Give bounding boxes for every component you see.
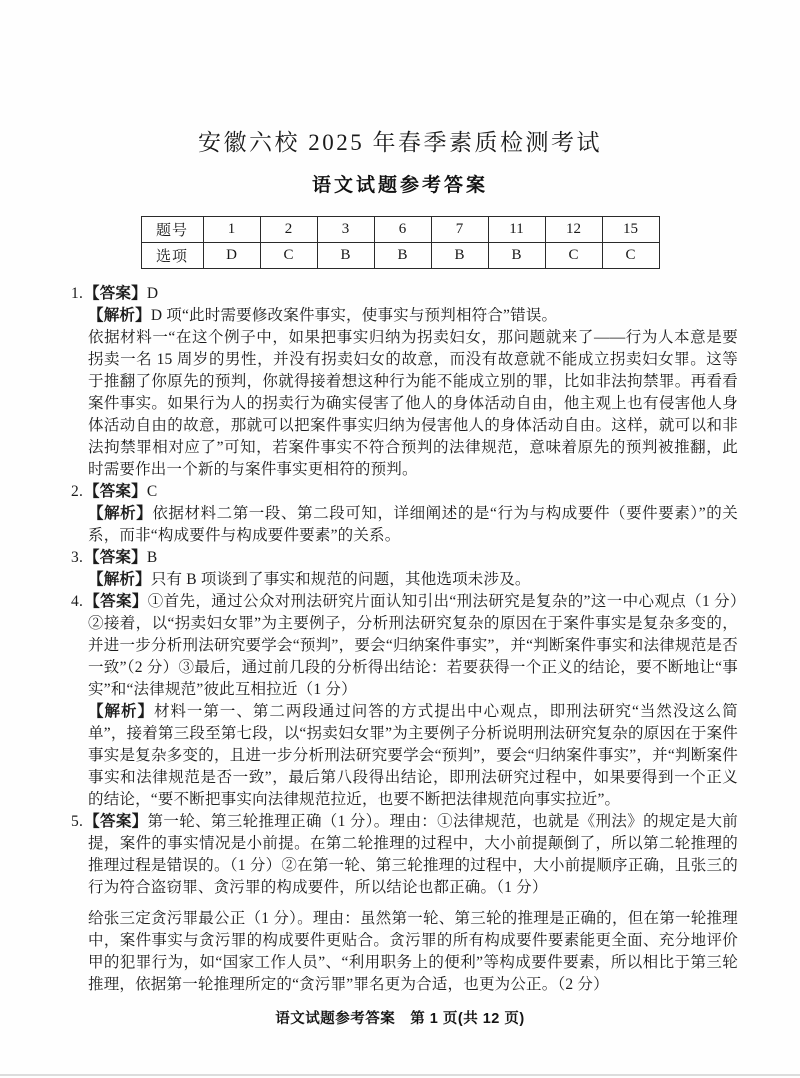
item-number: 2. bbox=[71, 483, 84, 500]
table-row-question-numbers: 题号 1 2 3 6 7 11 12 15 bbox=[141, 217, 659, 243]
explanation-label: 【解析】 bbox=[88, 703, 154, 720]
answer-item-4: 4.【答案】①首先，通过公众对刑法研究片面认知引出“刑法研究是复杂的”这一中心观… bbox=[71, 591, 738, 811]
explanation-paragraph: 【解析】只有 B 项谈到了事实和规范的问题，其他选项未涉及。 bbox=[71, 569, 738, 591]
explanation-label: 【解析】 bbox=[88, 307, 151, 324]
table-cell-qnum: 7 bbox=[431, 217, 488, 243]
explanation-label: 【解析】 bbox=[88, 505, 152, 522]
answer-line: 2.【答案】C bbox=[71, 481, 738, 503]
item-number: 4. bbox=[71, 593, 84, 610]
table-cell-qnum: 11 bbox=[488, 217, 545, 243]
table-cell-qnum: 6 bbox=[374, 217, 431, 243]
answer-item-2: 2.【答案】C 【解析】依据材料二第一段、第二段可知，详细阐述的是“行为与构成要… bbox=[71, 481, 738, 547]
answer-label: 【答案】 bbox=[84, 593, 148, 610]
explanation-paragraph: 给张三定贪污罪最公正（1 分）。理由：虽然第一轮、第三轮的推理是正确的，但在第一… bbox=[71, 908, 738, 996]
table-cell-option: C bbox=[602, 243, 659, 269]
answer-line: 4.【答案】①首先，通过公众对刑法研究片面认知引出“刑法研究是复杂的”这一中心观… bbox=[71, 591, 738, 701]
answer-text: 第一轮、第三轮推理正确（1 分）。理由：①法律规范，也就是《刑法》的规定是大前提… bbox=[88, 813, 738, 896]
answer-item-3: 3.【答案】B 【解析】只有 B 项谈到了事实和规范的问题，其他选项未涉及。 bbox=[71, 547, 738, 591]
table-cell-qnum: 3 bbox=[317, 217, 374, 243]
answer-key-table: 题号 1 2 3 6 7 11 12 15 选项 D C B B B B C C bbox=[141, 216, 660, 269]
table-cell-option: B bbox=[317, 243, 374, 269]
table-cell-qnum: 12 bbox=[545, 217, 602, 243]
explanation-paragraph: 依据材料一“在这个例子中，如果把事实归纳为拐卖妇女，那问题就来了——行为人本意是… bbox=[71, 327, 738, 481]
table-cell-qnum: 1 bbox=[203, 217, 260, 243]
table-cell-option: B bbox=[431, 243, 488, 269]
answer-line: 5.【答案】第一轮、第三轮推理正确（1 分）。理由：①法律规范，也就是《刑法》的… bbox=[71, 811, 738, 899]
answer-text: C bbox=[147, 483, 158, 500]
scan-edge-artifact bbox=[0, 1074, 800, 1076]
exam-answer-sheet-page: 安徽六校 2025 年春季素质检测考试 语文试题参考答案 题号 1 2 3 6 … bbox=[0, 0, 800, 1078]
table-cell-option: C bbox=[260, 243, 317, 269]
explanation-paragraph: 【解析】材料一第一、第二两段通过问答的方式提出中心观点，即刑法研究“当然没这么简… bbox=[71, 701, 738, 811]
explanation-text: 只有 B 项谈到了事实和规范的问题，其他选项未涉及。 bbox=[151, 571, 531, 588]
explanation-text: 材料一第一、第二两段通过问答的方式提出中心观点，即刑法研究“当然没这么简单”，接… bbox=[88, 703, 738, 808]
explanation-paragraph: 【解析】D 项“此时需要修改案件事实，使事实与预判相符合”错误。 bbox=[71, 305, 738, 327]
answer-item-1: 1.【答案】D 【解析】D 项“此时需要修改案件事实，使事实与预判相符合”错误。… bbox=[71, 283, 738, 481]
table-header-question-number: 题号 bbox=[141, 217, 203, 243]
item-number: 1. bbox=[71, 285, 84, 302]
answer-text: D bbox=[147, 285, 158, 302]
explanation-label: 【解析】 bbox=[88, 571, 151, 588]
answer-text: ①首先，通过公众对刑法研究片面认知引出“刑法研究是复杂的”这一中心观点（1 分）… bbox=[88, 593, 738, 698]
answer-label: 【答案】 bbox=[84, 483, 147, 500]
page-subtitle: 语文试题参考答案 bbox=[0, 170, 800, 197]
table-cell-qnum: 15 bbox=[602, 217, 659, 243]
explanation-text: 依据材料二第一段、第二段可知，详细阐述的是“行为与构成要件（要件要素）”的关系，… bbox=[88, 505, 738, 544]
table-row-options: 选项 D C B B B B C C bbox=[141, 243, 659, 269]
item-number: 3. bbox=[71, 549, 84, 566]
table-header-option: 选项 bbox=[141, 243, 203, 269]
page-title: 安徽六校 2025 年春季素质检测考试 bbox=[0, 0, 800, 157]
answer-label: 【答案】 bbox=[84, 813, 148, 830]
item-number: 5. bbox=[71, 813, 84, 830]
table-cell-qnum: 2 bbox=[260, 217, 317, 243]
explanation-paragraph: 【解析】依据材料二第一段、第二段可知，详细阐述的是“行为与构成要件（要件要素）”… bbox=[71, 503, 738, 547]
table-cell-option: B bbox=[374, 243, 431, 269]
table-cell-option: B bbox=[488, 243, 545, 269]
page-footer: 语文试题参考答案 第 1 页(共 12 页) bbox=[0, 1007, 800, 1028]
answer-label: 【答案】 bbox=[84, 549, 147, 566]
answer-label: 【答案】 bbox=[84, 285, 147, 302]
table-cell-option: C bbox=[545, 243, 602, 269]
explanation-text: D 项“此时需要修改案件事实，使事实与预判相符合”错误。 bbox=[151, 307, 557, 324]
explanation-text: 依据材料一“在这个例子中，如果把事实归纳为拐卖妇女，那问题就来了——行为人本意是… bbox=[88, 329, 738, 478]
answer-line: 1.【答案】D bbox=[71, 283, 738, 305]
table-cell-option: D bbox=[203, 243, 260, 269]
explanation-text: 给张三定贪污罪最公正（1 分）。理由：虽然第一轮、第三轮的推理是正确的，但在第一… bbox=[88, 910, 738, 993]
answers-body: 1.【答案】D 【解析】D 项“此时需要修改案件事实，使事实与预判相符合”错误。… bbox=[71, 283, 738, 996]
answer-item-5: 5.【答案】第一轮、第三轮推理正确（1 分）。理由：①法律规范，也就是《刑法》的… bbox=[71, 811, 738, 996]
answer-line: 3.【答案】B bbox=[71, 547, 738, 569]
answer-text: B bbox=[147, 549, 158, 566]
